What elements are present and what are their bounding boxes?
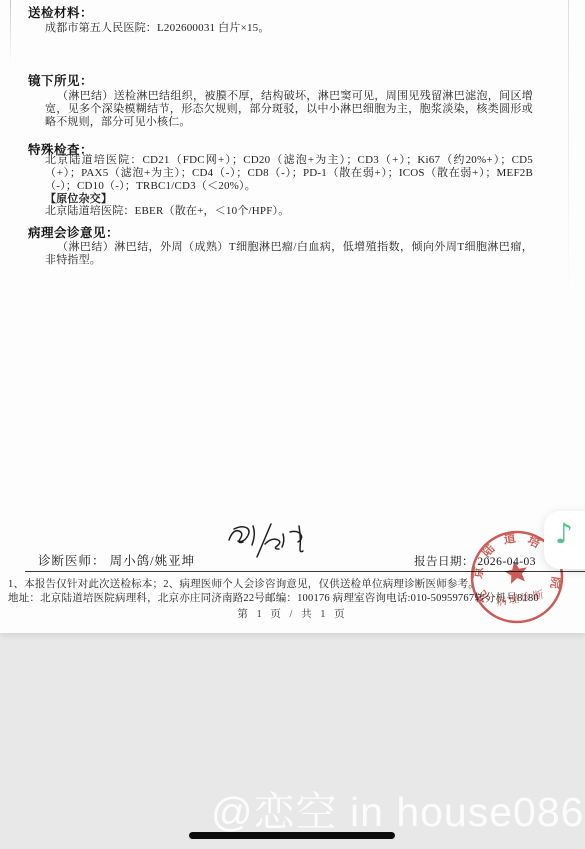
pathology-report-page: 送检材料： 成都市第五人民医院：L202600031 白片×15。 镜下所见： … (0, 0, 585, 633)
microscopy-body: （淋巴结）送检淋巴结组织，被膜不厚，结构破坏，淋巴窦可见，周围见残留淋巴滤泡，间… (45, 90, 533, 129)
doctor-names: 周小鸽/姚亚坤 (110, 554, 195, 568)
section-heading-opinion: 病理会诊意见： (28, 223, 119, 241)
home-indicator-handle[interactable] (189, 832, 395, 839)
phone-screen: 送检材料： 成都市第五人民医院：L202600031 白片×15。 镜下所见： … (0, 0, 585, 849)
section-heading-microscopy: 镜下所见： (28, 71, 93, 89)
page-edge-artifact-right (568, 0, 569, 300)
page-edge-artifact-left (10, 0, 11, 64)
stamp-star-icon (503, 559, 529, 584)
stamp-caption: 病理诊断 (495, 587, 546, 608)
opinion-body: （淋巴结）淋巴结，外周（成熟）T细胞淋巴瘤/白血病，低增殖指数，倾向外周T细胞淋… (45, 241, 533, 267)
music-widget-button[interactable]: ♪ (544, 511, 585, 569)
ihc-result: 北京陆道培医院：CD21（FDC网+）；CD20（滤泡+为主）；CD3（+）；K… (45, 154, 533, 193)
music-note-icon: ♪ (555, 520, 573, 548)
diagnosing-doctor-line: 诊断医师： 周小鸽/姚亚坤 (38, 551, 195, 569)
watermark-text: @恋空 in house086 (211, 779, 584, 838)
section-heading-materials: 送检材料： (28, 3, 93, 21)
doctor-label: 诊断医师： (38, 554, 106, 568)
handwritten-signature (213, 519, 333, 565)
materials-body: 成都市第五人民医院：L202600031 白片×15。 (45, 22, 533, 35)
ish-result: 北京陆道培医院：EBER（散在+，＜10个/HPF）。 (45, 205, 533, 218)
